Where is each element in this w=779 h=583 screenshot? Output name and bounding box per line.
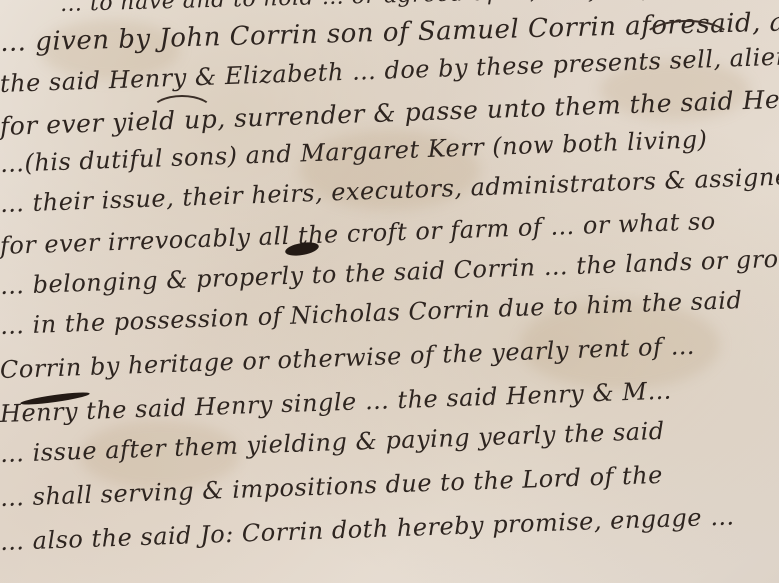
pen-flourish — [150, 95, 214, 129]
manuscript-page: … to have and to hold … or agreed upon, … — [0, 0, 779, 583]
pen-flourish — [640, 20, 734, 64]
manuscript-line: … also the said Jo: Corrin doth hereby p… — [0, 502, 735, 556]
